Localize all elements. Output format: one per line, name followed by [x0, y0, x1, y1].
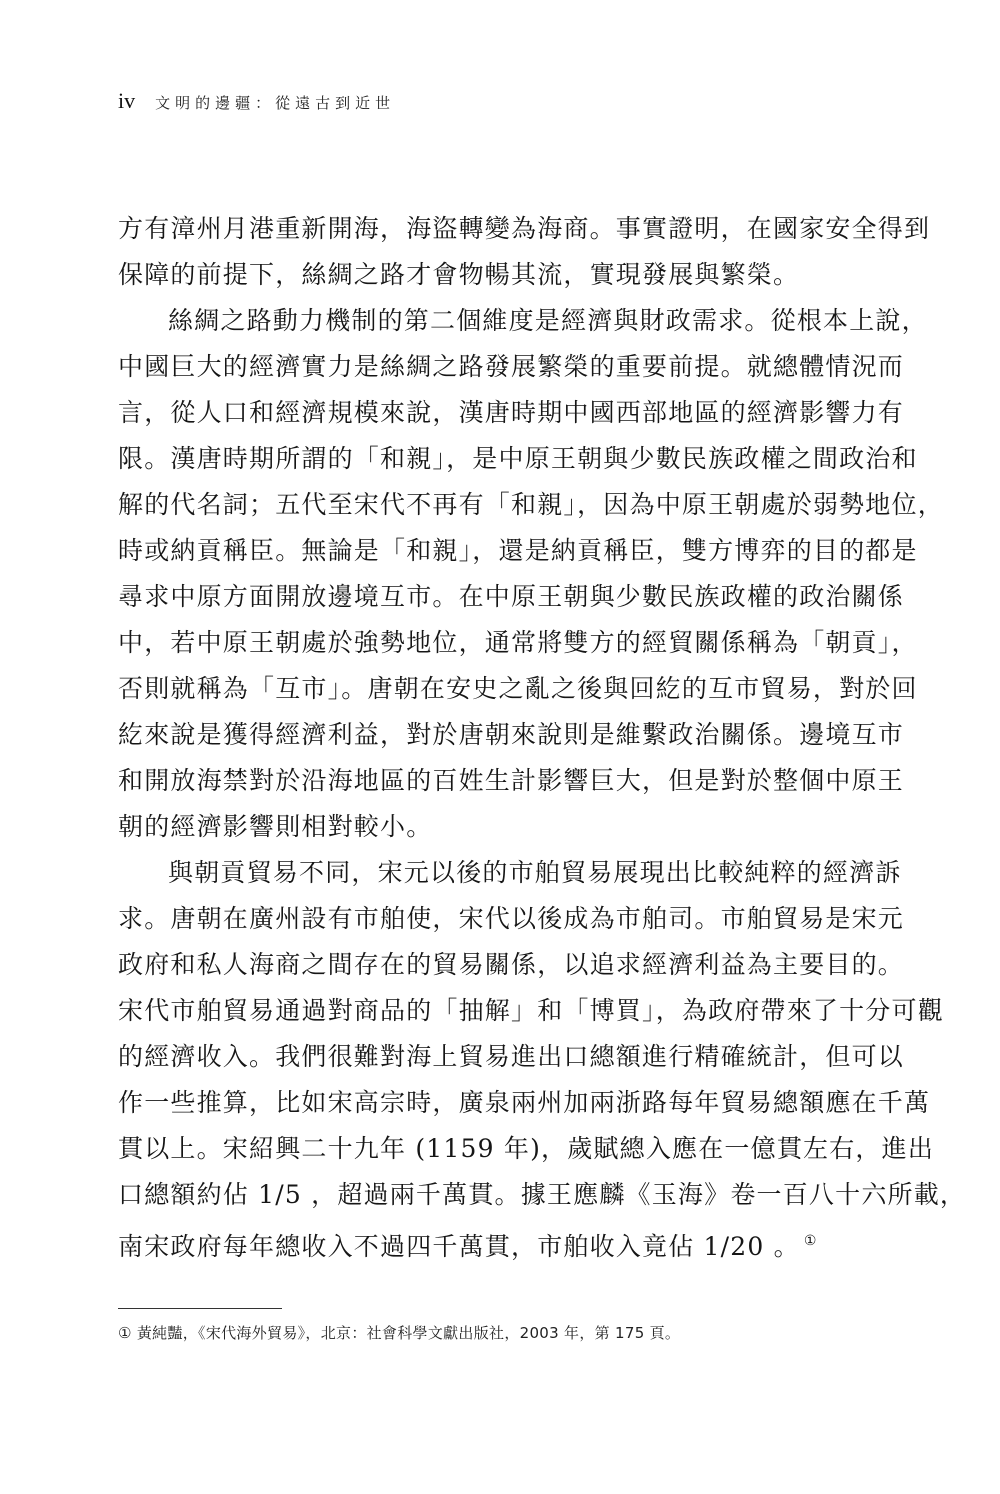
text-line: 否則就稱為「互市」。唐朝在安史之亂之後與回紇的互市貿易，對於回 — [118, 666, 863, 712]
text-line: 政府和私人海商之間存在的貿易關係，以追求經濟利益為主要目的。 — [118, 942, 863, 988]
text-line: 時或納貢稱臣。無論是「和親」，還是納貢稱臣，雙方博弈的目的都是 — [118, 528, 863, 574]
text-line: 求。唐朝在廣州設有市舶使，宋代以後成為市舶司。市舶貿易是宋元 — [118, 896, 863, 942]
text-line: 保障的前提下，絲綢之路才會物暢其流，實現發展與繁榮。 — [118, 252, 863, 298]
text-line: 與朝貢貿易不同，宋元以後的市舶貿易展現出比較純粹的經濟訴 — [118, 850, 863, 896]
text-line: 口總額約佔 1/5 ，超過兩千萬貫。據王應麟《玉海》卷一百八十六所載， — [118, 1172, 863, 1218]
text-line: 和開放海禁對於沿海地區的百姓生計影響巨大，但是對於整個中原王 — [118, 758, 863, 804]
page-number: iv — [118, 88, 135, 114]
text-line: 絲綢之路動力機制的第二個維度是經濟與財政需求。從根本上說， — [118, 298, 863, 344]
text-line-last: 南宋政府每年總收入不過四千萬貫，市舶收入竟佔 1/20 。① — [118, 1218, 863, 1264]
text-line: 作一些推算，比如宋高宗時，廣泉兩州加兩浙路每年貿易總額應在千萬 — [118, 1080, 863, 1126]
text-line: 方有漳州月港重新開海，海盜轉變為海商。事實證明，在國家安全得到 — [118, 206, 863, 252]
footnote-divider — [118, 1308, 282, 1309]
text-line: 解的代名詞；五代至宋代不再有「和親」，因為中原王朝處於弱勢地位， — [118, 482, 863, 528]
text-line: 中國巨大的經濟實力是絲綢之路發展繁榮的重要前提。就總體情況而 — [118, 344, 863, 390]
text-line: 限。漢唐時期所謂的「和親」，是中原王朝與少數民族政權之間政治和 — [118, 436, 863, 482]
footnote: ① 黃純豔，《宋代海外貿易》，北京：社會科學文獻出版社，2003 年，第 175… — [118, 1322, 680, 1343]
running-title: 文明的邊疆：從遠古到近世 — [155, 92, 395, 113]
text-line: 言，從人口和經濟規模來說，漢唐時期中國西部地區的經濟影響力有 — [118, 390, 863, 436]
text-line: 貫以上。宋紹興二十九年 (1159 年)，歲賦總入應在一億貫左右，進出 — [118, 1126, 863, 1172]
footnote-reference[interactable]: ① — [804, 1233, 817, 1249]
text-line: 朝的經濟影響則相對較小。 — [118, 804, 863, 850]
text-line: 宋代市舶貿易通過對商品的「抽解」和「博買」，為政府帶來了十分可觀 — [118, 988, 863, 1034]
text-line: 的經濟收入。我們很難對海上貿易進出口總額進行精確統計，但可以 — [118, 1034, 863, 1080]
text-line: 尋求中原方面開放邊境互市。在中原王朝與少數民族政權的政治關係 — [118, 574, 863, 620]
text-line: 南宋政府每年總收入不過四千萬貫，市舶收入竟佔 1/20 。 — [118, 1232, 800, 1261]
text-line: 紇來說是獲得經濟利益，對於唐朝來說則是維繫政治關係。邊境互市 — [118, 712, 863, 758]
body-text: 方有漳州月港重新開海，海盜轉變為海商。事實證明，在國家安全得到 保障的前提下，絲… — [118, 206, 863, 1264]
running-header: iv 文明的邊疆：從遠古到近世 — [118, 88, 395, 114]
text-line: 中，若中原王朝處於強勢地位，通常將雙方的經貿關係稱為「朝貢」， — [118, 620, 863, 666]
